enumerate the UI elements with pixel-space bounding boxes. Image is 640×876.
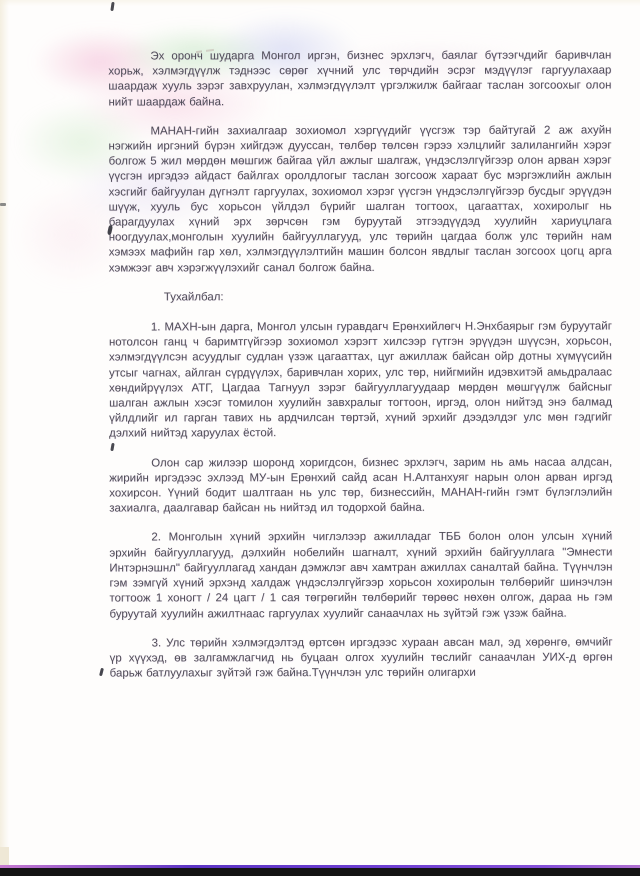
paragraph-point-3: 3. Улс төрийн хэлмэгдэлтэд өртсөн иргэдэ… bbox=[110, 635, 613, 682]
section-heading: Тухайлбал: bbox=[109, 289, 612, 305]
ink-speck-top bbox=[110, 2, 114, 11]
paragraph-point-1: 1. МАХН-ын дарга, Монгол улсын гуравдагч… bbox=[109, 320, 612, 443]
document-text: Эх оронч шударга Монгол иргэн, бизнес эр… bbox=[108, 48, 612, 695]
paragraph-intro: Эх оронч шударга Монгол иргэн, бизнес эр… bbox=[108, 48, 611, 110]
ink-speck-left-edge bbox=[0, 203, 6, 206]
scanned-document-page: Эх оронч шударга Монгол иргэн, бизнес эр… bbox=[0, 0, 640, 876]
paragraph-manan: МАНАН-гийн захиалгаар зохиомол хэргүүдий… bbox=[108, 123, 611, 276]
paragraph-point-2: 2. Монголын хүний эрхийн чиглэлээр ажилл… bbox=[109, 530, 612, 622]
paragraph-victims: Олон сар жилээр шоронд хоригдсон, бизнес… bbox=[109, 455, 612, 517]
paper-corner-notch bbox=[0, 847, 9, 865]
ink-speck-margin-3 bbox=[99, 668, 104, 676]
scan-edge-bar bbox=[0, 868, 640, 876]
